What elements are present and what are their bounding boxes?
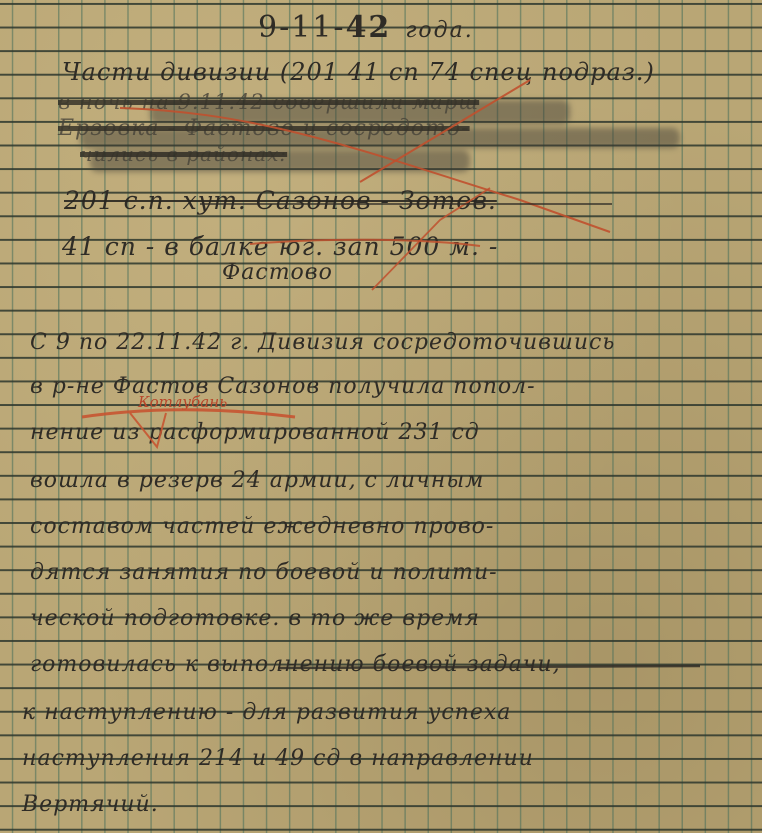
date-day: 9 [258,10,279,45]
crossed-line-2: в ночь на 9.11.42 совершили марш [58,90,479,114]
red-insertion-text: Котлубань [138,393,227,411]
body-line-10: наступления 214 и 49 сд в направлении [22,746,534,771]
date-month: 11 [291,10,333,45]
date-year: 42 [346,10,392,45]
crossed-line-4: чились в районах: [80,142,287,166]
body-line-11: Вертячий. [22,792,159,817]
body-line-7: ческой подготовке. в то же время [30,606,480,631]
body-line-3: нение из расформированной 231 сд [30,420,480,445]
body-line-4: вошла в резерв 24 армии, с личным [30,468,484,493]
position-line-2: 41 сп - в балке юг. зап 500 м. - [62,232,498,261]
crossed-line-3: Ерзовка - Фастово и сосредото- [58,116,470,141]
body-line-8: готовилась к выполнению боевой задачи, [30,652,561,677]
body-line-6: дятся занятия по боевой и полити- [30,560,498,585]
body-line-5: составом частей ежедневно прово- [30,514,494,539]
crossed-line-1: Части дивизии (201 41 сп 74 спец подраз.… [62,58,655,86]
position-line-3: Фастово [222,260,333,285]
date-word: года. [405,18,473,43]
body-line-9: к наступлению - для развития успеха [22,700,511,725]
body-line-2: в р-не Фастов Сазонов получила попол- [30,374,536,399]
body-line-1: С 9 по 22.11.42 г. Дивизия сосредоточивш… [30,330,615,355]
position-line-1: 201 с.п. хут. Сазонов - Зотов. [64,186,497,215]
page-date-header: 9-11-42года. [258,10,474,45]
